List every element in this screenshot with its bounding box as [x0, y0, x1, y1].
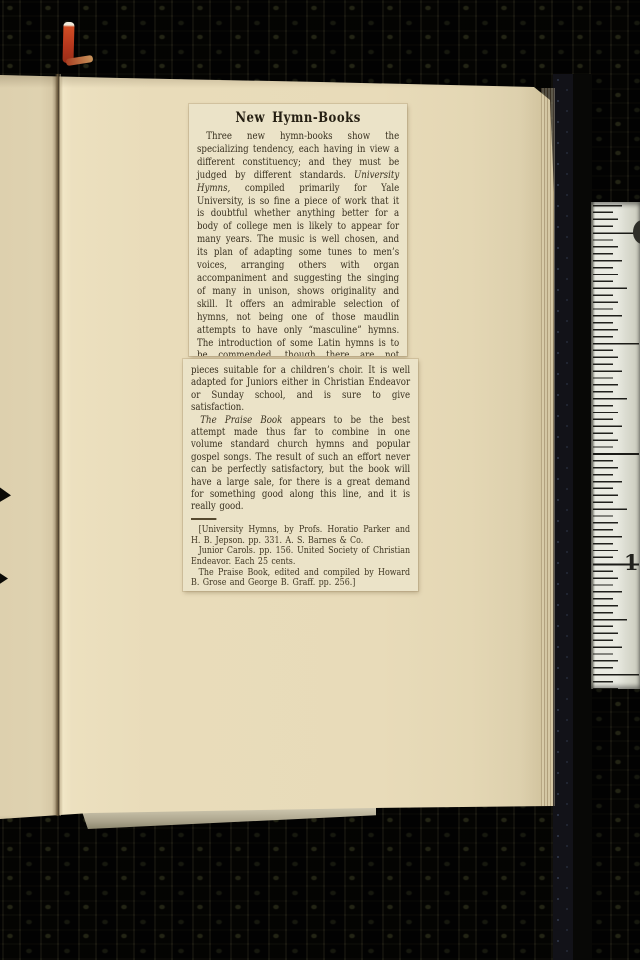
ruler-number: 1: [624, 550, 639, 575]
book-photo: New Hymn-Books Three new hymn-books show…: [0, 0, 640, 960]
footnote-divider: [191, 518, 216, 520]
footnote-paragraph: [University Hymns, by Profs. Horatio Par…: [191, 525, 410, 546]
news-clipping-top: New Hymn-Books Three new hymn-books show…: [189, 104, 407, 356]
text-run: [University Hymns, by Profs. Horatio Par…: [191, 524, 410, 546]
ruler-ticks: [593, 202, 640, 689]
clipping-paragraph-continued: pieces suitable for a children’s choir. …: [191, 365, 410, 415]
text-run: The Praise Book, edited and compiled by …: [191, 567, 410, 589]
news-clipping-bottom: pieces suitable for a children’s choir. …: [183, 359, 418, 591]
clipping-paragraph: The Praise Book appears to be the best a…: [191, 415, 410, 514]
footnote-paragraph: Junior Carols. pp. 156. United Society o…: [191, 546, 410, 567]
book-title-italic: The Praise Book: [200, 415, 282, 426]
page-edge-shadow: [573, 74, 592, 960]
text-run: Junior Carols. pp. 156. United Society o…: [191, 545, 410, 567]
text-run: appears to be the best attempt made thus…: [191, 415, 410, 513]
text-run: compiled primarily for Yale University, …: [197, 183, 399, 356]
clipping-title: New Hymn-Books: [197, 110, 399, 126]
ruler: 1: [591, 202, 640, 689]
page-gutter-fold: [55, 74, 61, 816]
footnote-paragraph: The Praise Book, edited and compiled by …: [191, 568, 410, 589]
page-right-edge-stack: [541, 88, 555, 806]
text-run: pieces suitable for a children’s choir. …: [191, 365, 410, 413]
clipping-paragraph: Three new hymn-books show the specializi…: [197, 131, 399, 356]
ruler-ticks-inch: [593, 202, 639, 689]
